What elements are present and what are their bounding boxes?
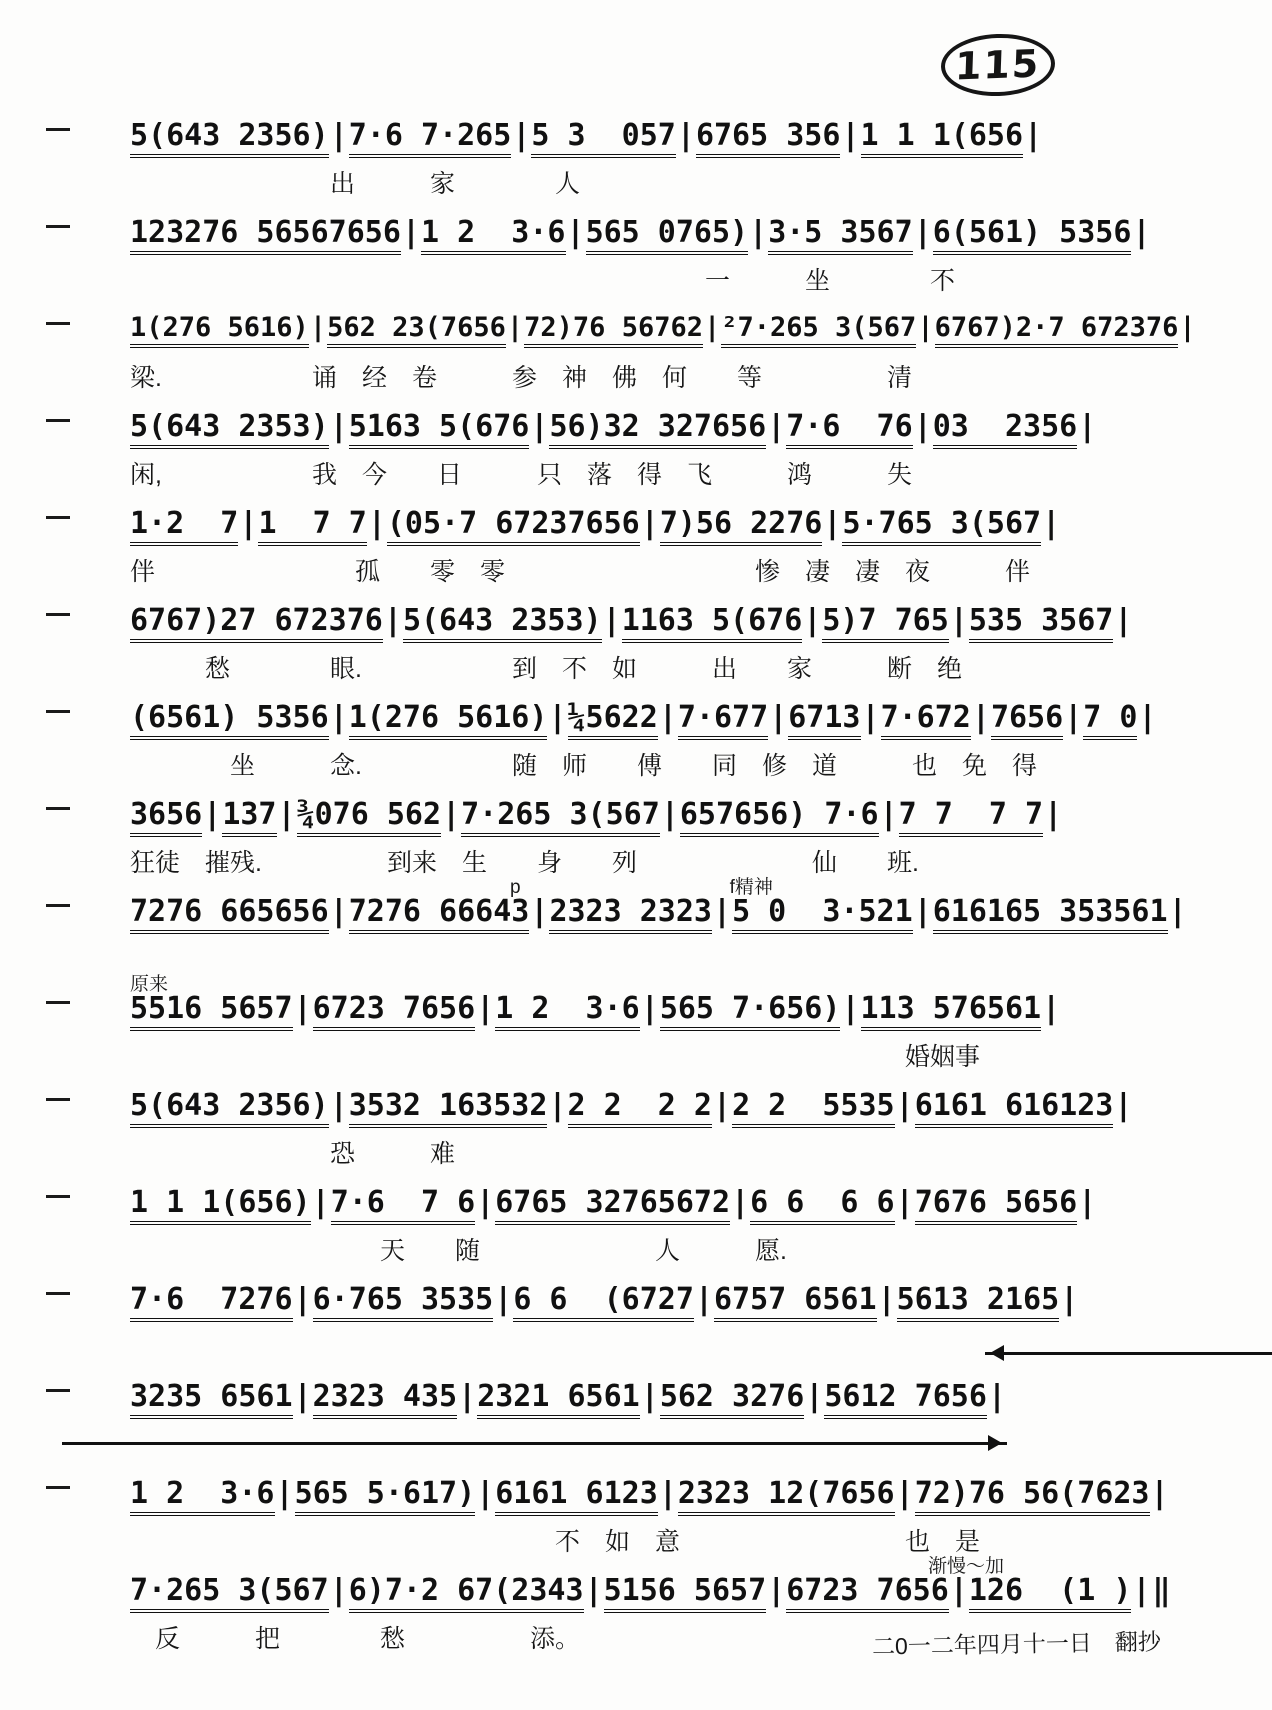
notation-line: 3235 6561|2323 435|2321 6561|562 3276|56… <box>130 1379 1007 1414</box>
measure: 56)32 327656 <box>549 409 766 449</box>
barline: | <box>913 409 933 444</box>
barline: | <box>822 506 842 541</box>
barline: | <box>640 1379 660 1414</box>
measure: ¾076 562 <box>297 797 442 837</box>
barline: | <box>916 312 934 343</box>
score-row: 原来5516 5657|6723 7656|1 2 3·6|565 7·656)… <box>130 985 1250 1082</box>
measure: 565 5·617) <box>295 1476 476 1516</box>
right-arrow-mark <box>62 1442 1007 1445</box>
measure: 5(643 2356) <box>130 118 329 158</box>
measure: 7·677 <box>678 700 768 740</box>
measure: 113 576561 <box>861 991 1042 1031</box>
lyrics-line: 天 随 人 愿. <box>130 1231 787 1267</box>
barline: | <box>329 1573 349 1608</box>
measure: 5 0 3·521 <box>732 894 913 934</box>
barline: | <box>329 409 349 444</box>
score-row: 6767)27 672376|5(643 2353)|1163 5(676|5)… <box>130 597 1250 694</box>
barline: | <box>401 215 421 250</box>
measure: 7·6 7276 <box>130 1282 293 1322</box>
measure: 126 (1 ) <box>969 1573 1132 1613</box>
barline: | <box>840 991 860 1026</box>
measure: 3·5 3567 <box>768 215 913 255</box>
measure: ²7·265 3(567 <box>721 312 916 348</box>
notation-line: 6767)27 672376|5(643 2353)|1163 5(676|5)… <box>130 603 1133 638</box>
barline: | <box>475 1476 495 1511</box>
barline: | <box>547 700 567 735</box>
measure: 1·2 7 <box>130 506 238 546</box>
measure: 6765 32765672 <box>495 1185 730 1225</box>
notation-line: 1 1 1(656)|7·6 7 6|6765 32765672|6 6 6 6… <box>130 1185 1097 1220</box>
barline: | <box>329 118 349 153</box>
lyrics-line: 梁. 诵 经 卷 参 神 佛 何 等 清 <box>130 358 912 394</box>
lyrics-line: 婚姻事 <box>130 1037 980 1073</box>
measure: 6161 616123 <box>915 1088 1114 1128</box>
measure: 1 1 1(656 <box>861 118 1024 158</box>
score-row: 5(643 2356)|3532 163532|2 2 2 2|2 2 5535… <box>130 1082 1250 1179</box>
measure: 7)56 2276 <box>660 506 823 546</box>
score-row: 7·6 7276|6·765 3535|6 6 (6727|6757 6561|… <box>130 1276 1250 1373</box>
left-arrow-mark <box>985 1352 1272 1355</box>
barline: | <box>840 118 860 153</box>
measure: 7·6 76 <box>786 409 912 449</box>
barline: | <box>1063 700 1083 735</box>
barline: | <box>766 1573 786 1608</box>
measure: 7·672 <box>881 700 971 740</box>
barline: | <box>861 700 881 735</box>
measure: 6723 7656 <box>313 991 476 1031</box>
barline: | <box>879 797 899 832</box>
score-row: 1·2 7|1 7 7|(05·7 67237656|7)56 2276|5·7… <box>130 500 1250 597</box>
barline: | <box>712 1088 732 1123</box>
score-row: (6561) 5356|1(276 5616)|¼5622|7·677|6713… <box>130 694 1250 791</box>
barline: | <box>730 1185 750 1220</box>
measure: 6 6 (6727 <box>513 1282 694 1322</box>
barline: | <box>457 1379 477 1414</box>
barline: | <box>293 991 313 1026</box>
measure: 1(276 5616) <box>130 312 309 348</box>
measure: 565 0765) <box>586 215 749 255</box>
measure: 123276 56567656 <box>130 215 401 255</box>
score-row: 123276 56567656|1 2 3·6|565 0765)|3·5 35… <box>130 209 1250 306</box>
measure: 2323 12(7656 <box>678 1476 895 1516</box>
measure: (05·7 67237656 <box>387 506 640 546</box>
barline: | <box>529 409 549 444</box>
barline: | <box>293 1379 313 1414</box>
measure: 5612 7656 <box>824 1379 987 1419</box>
barline: | <box>329 894 349 929</box>
measure: 7·265 3(567 <box>461 797 660 837</box>
barline: | <box>602 603 622 638</box>
barline: | <box>1137 700 1157 735</box>
barline: | <box>1113 1088 1133 1123</box>
notation-line: 3656|137|¾076 562|7·265 3(567|657656) 7·… <box>130 797 1063 832</box>
barline: | <box>676 118 696 153</box>
barline: | <box>1043 797 1063 832</box>
barline: | <box>329 700 349 735</box>
notation-line: 7·6 7276|6·765 3535|6 6 (6727|6757 6561|… <box>130 1282 1079 1317</box>
measure: 5(643 2353) <box>403 603 602 643</box>
barline: | <box>949 603 969 638</box>
measure: 562 3276 <box>660 1379 805 1419</box>
measure: 1163 5(676 <box>622 603 803 643</box>
date-signature: 二0一二年四月十一日 翻抄 <box>872 1623 1161 1661</box>
barline: | <box>913 894 933 929</box>
barline: | <box>383 603 403 638</box>
measure: (6561) 5356 <box>130 700 329 740</box>
barline: | <box>1041 991 1061 1026</box>
barline: | <box>895 1088 915 1123</box>
measure: 5)7 765 <box>822 603 948 643</box>
measure: 6(561) 5356 <box>933 215 1132 255</box>
measure: 565 7·656) <box>660 991 841 1031</box>
notation-line: 7·265 3(567|6)7·2 67(2343|5156 5657|6723… <box>130 1573 1172 1608</box>
barline: | <box>441 797 461 832</box>
barline: | <box>367 506 387 541</box>
score-row: 1 1 1(656)|7·6 7 6|6765 32765672|6 6 6 6… <box>130 1179 1250 1276</box>
measure: ¼5622 <box>568 700 658 740</box>
measure: 5 3 057 <box>531 118 676 158</box>
notation-line: 1(276 5616)|562 23(7656|72)76 56762|²7·2… <box>130 312 1197 343</box>
notation-line: (6561) 5356|1(276 5616)|¼5622|7·677|6713… <box>130 700 1158 735</box>
measure: 1(276 5616) <box>349 700 548 740</box>
score-row: 3235 6561|2323 435|2321 6561|562 3276|56… <box>130 1373 1250 1470</box>
measure: 1 2 3·6 <box>495 991 640 1031</box>
measure: 7·265 3(567 <box>130 1573 329 1613</box>
barline: | <box>275 1476 295 1511</box>
barline: | <box>1131 215 1151 250</box>
final-barline: ‖ <box>1152 1573 1172 1608</box>
measure: 5156 5657 <box>604 1573 767 1613</box>
barline: | <box>566 215 586 250</box>
barline: | <box>1059 1282 1079 1317</box>
lyrics-line: 闲, 我 今 日 只 落 得 飞 鸿 失 <box>130 455 912 491</box>
barline: | <box>1113 603 1133 638</box>
score-row: 5(643 2353)|5163 5(676|56)32 327656|7·6 … <box>130 403 1250 500</box>
barline: | <box>1131 1573 1151 1608</box>
lyrics-line: 一 坐 不 <box>130 261 955 297</box>
measure: 2 2 5535 <box>732 1088 895 1128</box>
barline: | <box>1077 409 1097 444</box>
notation-line: 123276 56567656|1 2 3·6|565 0765)|3·5 35… <box>130 215 1152 250</box>
barline: | <box>748 215 768 250</box>
barline: | <box>660 797 680 832</box>
lyrics-line: 出 家 人 <box>130 164 580 200</box>
measure: 6757 6561 <box>714 1282 877 1322</box>
lyrics-line: 坐 念. 随 师 傅 同 修 道 也 免 得 <box>130 746 1037 782</box>
measure: 137 <box>222 797 276 837</box>
barline: | <box>768 700 788 735</box>
measure: 5(643 2353) <box>130 409 329 449</box>
measure: 535 3567 <box>969 603 1114 643</box>
barline: | <box>547 1088 567 1123</box>
measure: 616165 353561 <box>933 894 1168 934</box>
measure: 6765 356 <box>696 118 841 158</box>
barline: | <box>712 894 732 929</box>
barline: | <box>511 118 531 153</box>
score-row: 5(643 2356)|7·6 7·265|5 3 057|6765 356|1… <box>130 112 1250 209</box>
barline: | <box>766 409 786 444</box>
measure: 3235 6561 <box>130 1379 293 1419</box>
barline: | <box>309 312 327 343</box>
barline: | <box>475 991 495 1026</box>
barline: | <box>703 312 721 343</box>
barline: | <box>913 215 933 250</box>
measure: 2321 6561 <box>477 1379 640 1419</box>
notation-line: 5(643 2356)|3532 163532|2 2 2 2|2 2 5535… <box>130 1088 1133 1123</box>
measure: 1 7 7 <box>258 506 366 546</box>
measure: 562 23(7656 <box>327 312 506 348</box>
barline: | <box>1150 1476 1170 1511</box>
barline: | <box>1168 894 1188 929</box>
measure: 7·6 7·265 <box>349 118 512 158</box>
barline: | <box>895 1476 915 1511</box>
barline: | <box>584 1573 604 1608</box>
measure: 7 0 <box>1083 700 1137 740</box>
notation-line: 1 2 3·6|565 5·617)|6161 6123|2323 12(765… <box>130 1476 1170 1511</box>
measure: 3656 <box>130 797 202 837</box>
measure: 6·765 3535 <box>313 1282 494 1322</box>
measure: 6161 6123 <box>495 1476 658 1516</box>
barline: | <box>802 603 822 638</box>
measure: 6767)27 672376 <box>130 603 383 643</box>
measure: 1 2 3·6 <box>421 215 566 255</box>
measure: 6713 <box>788 700 860 740</box>
barline: | <box>202 797 222 832</box>
barline: | <box>804 1379 824 1414</box>
barline: | <box>949 1573 969 1608</box>
barline: | <box>1023 118 1043 153</box>
measure: 6767)2·7 672376 <box>935 312 1179 348</box>
measure: 6)7·2 67(2343 <box>349 1573 584 1613</box>
barline: | <box>238 506 258 541</box>
measure: 5516 5657 <box>130 991 293 1031</box>
lyrics-line: 反 把 愁 添。 <box>130 1619 580 1655</box>
measure: 1 2 3·6 <box>130 1476 275 1516</box>
measure: 5(643 2356) <box>130 1088 329 1128</box>
barline: | <box>658 700 678 735</box>
barline: | <box>529 894 549 929</box>
score-body: 5(643 2356)|7·6 7·265|5 3 057|6765 356|1… <box>130 112 1250 1664</box>
lyrics-line: 伴 孤 零 零 惨 凄 凄 夜 伴 <box>130 552 1030 588</box>
barline: | <box>1041 506 1061 541</box>
measure: 5613 2165 <box>897 1282 1060 1322</box>
notation-line: 7276 665656|7276 66643|2323 2323|5 0 3·5… <box>130 894 1188 929</box>
page-number-badge: 115 <box>940 32 1056 98</box>
notation-line: 5(643 2353)|5163 5(676|56)32 327656|7·6 … <box>130 409 1097 444</box>
barline: | <box>311 1185 331 1220</box>
notation-line: 5(643 2356)|7·6 7·265|5 3 057|6765 356|1… <box>130 118 1043 153</box>
barline: | <box>277 797 297 832</box>
measure: 6 6 6 6 <box>750 1185 895 1225</box>
notation-line: 5516 5657|6723 7656|1 2 3·6|565 7·656)|1… <box>130 991 1061 1026</box>
measure: 7·6 7 6 <box>331 1185 476 1225</box>
measure: 7 7 7 7 <box>899 797 1044 837</box>
measure: 03 2356 <box>933 409 1078 449</box>
measure: 2323 435 <box>313 1379 458 1419</box>
measure: 2323 2323 <box>549 894 712 934</box>
measure: 2 2 2 2 <box>568 1088 713 1128</box>
barline: | <box>475 1185 495 1220</box>
barline: | <box>329 1088 349 1123</box>
barline: | <box>694 1282 714 1317</box>
barline: | <box>293 1282 313 1317</box>
measure: 72)76 56(7623 <box>915 1476 1150 1516</box>
measure: 5163 5(676 <box>349 409 530 449</box>
measure: 72)76 56762 <box>524 312 703 348</box>
sheet-music-page: 115 5(643 2356)|7·6 7·265|5 3 057|6765 3… <box>0 0 1272 1710</box>
barline: | <box>971 700 991 735</box>
measure: 3532 163532 <box>349 1088 548 1128</box>
measure: 1 1 1(656) <box>130 1185 311 1225</box>
page-number: 115 <box>955 41 1042 88</box>
barline: | <box>877 1282 897 1317</box>
score-row: p f精神7276 665656|7276 66643|2323 2323|5 … <box>130 888 1250 985</box>
barline: | <box>1178 312 1196 343</box>
notation-line: 1·2 7|1 7 7|(05·7 67237656|7)56 2276|5·7… <box>130 506 1061 541</box>
binder-tick-marks <box>46 128 70 1558</box>
barline: | <box>1077 1185 1097 1220</box>
barline: | <box>987 1379 1007 1414</box>
lyrics-line: 愁 眼. 到 不 如 出 家 断 绝 <box>130 649 962 685</box>
barline: | <box>640 991 660 1026</box>
measure: 7656 <box>991 700 1063 740</box>
measure: 7276 665656 <box>130 894 329 934</box>
score-row: 1(276 5616)|562 23(7656|72)76 56762|²7·2… <box>130 306 1250 403</box>
measure: 7676 5656 <box>915 1185 1078 1225</box>
barline: | <box>658 1476 678 1511</box>
barline: | <box>895 1185 915 1220</box>
measure: 7276 66643 <box>349 894 530 934</box>
lyrics-line: 恐 难 <box>130 1134 455 1170</box>
measure: 5·765 3(567 <box>842 506 1041 546</box>
measure: 657656) 7·6 <box>680 797 879 837</box>
barline: | <box>640 506 660 541</box>
measure: 6723 7656 <box>786 1573 949 1613</box>
barline: | <box>506 312 524 343</box>
barline: | <box>493 1282 513 1317</box>
